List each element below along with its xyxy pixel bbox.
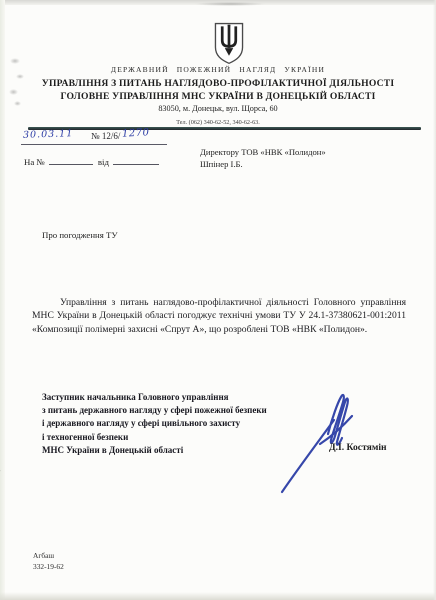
scan-smudge — [195, 2, 265, 6]
org-name-line2: ГОЛОВНЕ УПРАВЛІННЯ МНС УКРАЇНИ В ДОНЕЦЬК… — [0, 91, 436, 102]
agency-line: ДЕРЖАВНИЙ ПОЖЕЖНИЙ НАГЛЯД УКРАЇНИ — [0, 65, 436, 74]
signatory-title-line: і техногенної безпеки — [42, 431, 267, 444]
scan-edge-left — [0, 0, 5, 600]
handwritten-date: 30.03.11 — [23, 128, 74, 141]
signatory-title-line: з питань державного нагляду у сфері поже… — [42, 404, 267, 417]
scan-smudge — [10, 58, 20, 64]
reply-date-blank — [113, 155, 159, 165]
handwritten-reference-number: 1270 — [122, 127, 150, 139]
signatory-title-line: МНС України в Донецькій області — [42, 444, 267, 457]
org-phone: Тел. (062) 340-62-52, 340-62-63. — [0, 119, 436, 126]
signatory-title-block: Заступник начальника Головного управлінн… — [42, 391, 267, 457]
reply-number-label: На № — [24, 157, 45, 167]
reply-reference-row: На №від — [24, 155, 159, 167]
reply-date-label: від — [98, 157, 109, 167]
recipient-name: Шпінер І.Б. — [200, 158, 326, 170]
org-name-line1: УПРАВЛІННЯ З ПИТАНЬ НАГЛЯДОВО-ПРОФІЛАКТИ… — [0, 78, 436, 89]
org-address: 83050, м. Донецьк, вул. Щорса, 60 — [0, 104, 436, 113]
recipient-title: Директору ТОВ «НВК «Полидон» — [200, 146, 326, 158]
tryzub-shield-emblem-icon — [212, 21, 246, 65]
recipient-block: Директору ТОВ «НВК «Полидон» Шпінер І.Б. — [200, 146, 326, 170]
body-paragraph: Управління з питань наглядово-профілакти… — [32, 296, 406, 336]
executor-name: Агбаш — [33, 551, 64, 562]
executor-block: Агбаш 332-19-62 — [33, 551, 64, 572]
outgoing-reference-row: 30.03.11 № 12/6/ 1270 — [21, 129, 167, 145]
reply-number-blank — [49, 155, 93, 165]
scan-edge-bottom — [0, 592, 436, 600]
executor-phone: 332-19-62 — [33, 562, 64, 573]
signatory-name: Д.І. Костямін — [329, 442, 387, 453]
subject-line: Про погодження ТУ — [42, 230, 118, 240]
scanned-letter-page: ~ ·' ¬ · '‚ · ДЕРЖАВНИЙ ПОЖЕЖНИЙ НАГЛЯД … — [0, 0, 436, 600]
reference-number-prefix: № 12/6/ — [91, 131, 120, 141]
signatory-title-line: і державного нагляду у сфері цивільного … — [42, 417, 267, 430]
signatory-title-line: Заступник начальника Головного управлінн… — [42, 391, 267, 404]
